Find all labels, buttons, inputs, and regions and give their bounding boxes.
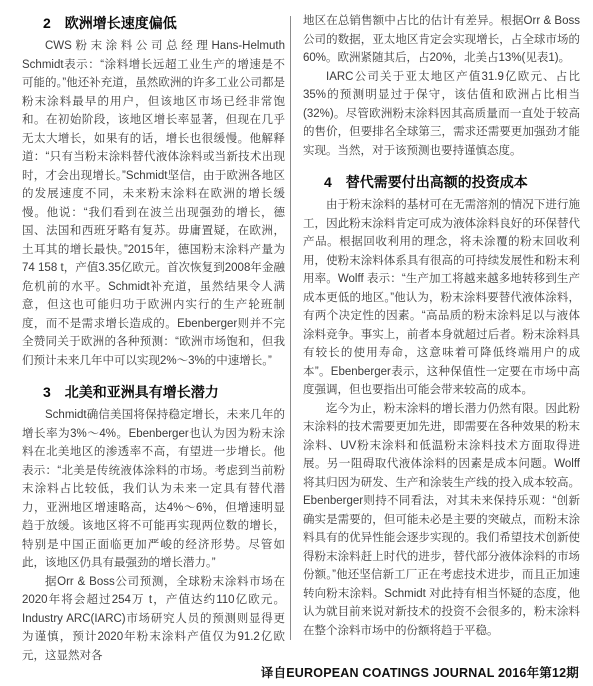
body-paragraph: Schmidt确信美国将保持稳定增长，未来几年的增长率为3%～4%。Ebenbe… [22, 406, 285, 573]
section-heading: 2 欧洲增长速度偏低 [22, 14, 285, 33]
left-column: 2 欧洲增长速度偏低CWS粉末涂料公司总经理Hans-Helmuth Schmi… [22, 12, 285, 665]
body-paragraph: CWS粉末涂料公司总经理Hans-Helmuth Schmidt表示：“涂料增长… [22, 37, 285, 370]
body-paragraph: 地区在总销售额中占比的估计有差异。根据Orr & Boss公司的数据，亚太地区肯… [303, 12, 580, 68]
column-divider [290, 16, 291, 640]
body-paragraph: 迄今为止，粉末涂料的增长潜力仍然有限。因此粉末涂料的技术需要更加先进，即需要在各… [303, 400, 580, 641]
article-page: 2 欧洲增长速度偏低CWS粉末涂料公司总经理Hans-Helmuth Schmi… [0, 0, 593, 686]
body-paragraph: 由于粉末涂料的基材可在无需溶剂的情况下进行施工，因此粉末涂料肯定可成为液体涂料良… [303, 196, 580, 400]
footer-credit: 译自EUROPEAN COATINGS JOURNAL 2016年第12期 [261, 663, 579, 681]
body-paragraph: 据Orr & Boss公司预测，全球粉末涂料市场在2020年将会超过254万 t… [22, 573, 285, 666]
section-heading: 4 替代需要付出高额的投资成本 [303, 173, 580, 192]
right-column: 地区在总销售额中占比的估计有差异。根据Orr & Boss公司的数据，亚太地区肯… [303, 12, 580, 640]
body-paragraph: IARC公司关于亚太地区产值31.9亿欧元、占比35%的预测明显过于保守，该估值… [303, 68, 580, 161]
section-heading: 3 北美和亚洲具有增长潜力 [22, 383, 285, 402]
